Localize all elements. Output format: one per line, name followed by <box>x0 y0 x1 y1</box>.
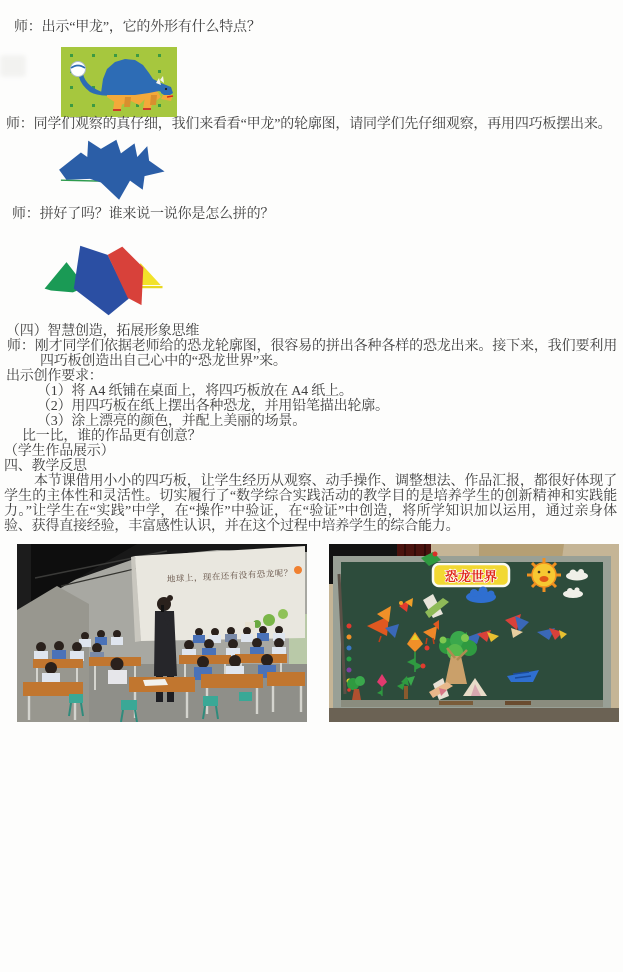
dialog-line-4: 师：刚才同学们依据老师给的恐龙轮廓图，很容易的拼出各种各样的恐龙出来。接下来，我… <box>4 339 617 369</box>
screen-tree <box>263 614 275 626</box>
creation-requirements-intro: 出示创作要求： <box>4 369 617 384</box>
reflection-heading: 四、教学反思 <box>4 459 617 474</box>
reflection-paragraph: 本节课借用小小的四巧板，让学生经历从观察、动手操作、调整想法、作品汇报，都很好体… <box>4 474 617 534</box>
dialog-line-3: 师：拼好了吗？谁来说一说你是怎么拼的？ <box>4 207 617 222</box>
outline-silhouette <box>59 140 164 200</box>
requirement-item-3: （3）涂上漂亮的颜色，并配上美丽的场景。 <box>4 414 617 429</box>
tail-club <box>71 62 86 77</box>
scan-smudge <box>0 55 26 77</box>
dialog-line-2: 师：同学们观察的真仔细，我们来看看“甲龙”的轮廓图，请同学们先仔细观察，再用四巧… <box>4 117 617 132</box>
microphone <box>161 605 164 612</box>
requirement-item-2: （2）用四巧板在纸上摆出各种恐龙，并用铅笔描出轮廓。 <box>4 399 617 414</box>
banner-text: 恐龙世界 <box>445 569 497 584</box>
section-heading: （四）智慧创造，拓展形象思维 <box>4 324 617 339</box>
dinosaur-outline-figure <box>50 137 617 207</box>
board-stand <box>329 708 619 722</box>
tangram-dinosaur-figure <box>40 236 617 324</box>
requirement-item-1: （1）将 A4 纸铺在桌面上，将四巧板放在 A4 纸上。 <box>4 384 617 399</box>
sun-icon <box>527 558 561 592</box>
classroom-photo: 地球上，现在还有没有恐龙呢？ <box>17 544 307 722</box>
paper-sheet <box>143 679 168 686</box>
dialog-line-1: 师：出示“甲龙”，它的外形有什么特点？ <box>4 20 617 35</box>
screen-logo <box>294 566 302 574</box>
outline-figure <box>50 137 170 207</box>
compare-line: 比一比，谁的作品更有创意？ <box>4 429 617 444</box>
tangram-figure <box>40 236 168 324</box>
mouth <box>167 96 173 97</box>
eye <box>165 88 167 90</box>
ankylosaurus-picture <box>61 47 617 117</box>
blackboard-photo: 恐龙世界 <box>329 544 619 722</box>
ankylosaurus-figure <box>61 47 177 117</box>
showcase-note: （学生作品展示） <box>4 444 617 459</box>
photo-row: 地球上，现在还有没有恐龙呢？ <box>17 544 617 722</box>
document-page: 师：出示“甲龙”，它的外形有什么特点？ <box>0 0 623 972</box>
